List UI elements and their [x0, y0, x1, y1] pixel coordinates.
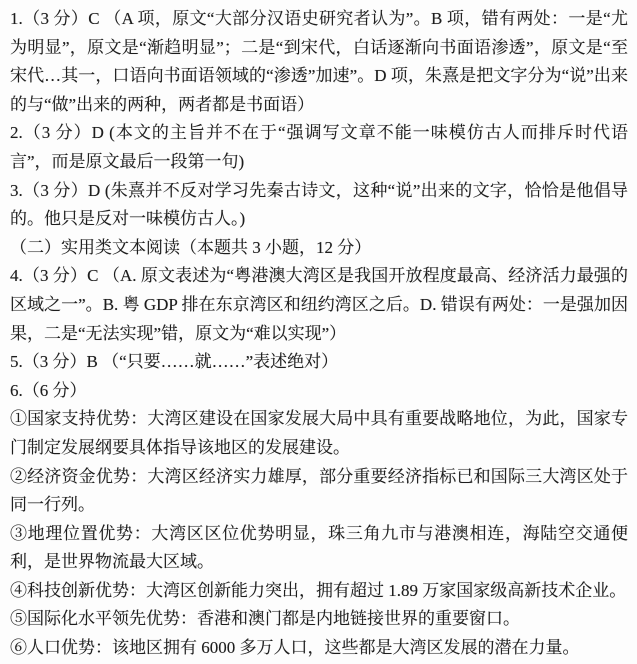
answer-q6-point-3: ③地理位置优势：大湾区区位优势明显，珠三角九市与港澳相连，海陆空交通便利，是世界…: [10, 520, 628, 577]
document-page: 1.（3 分）C （A 项，原文“大部分汉语史研究者认为”。B 项，错有两处：一…: [0, 0, 637, 664]
answer-q3: 3.（3 分）D (朱熹并不反对学习先秦古诗文，这种“说”出来的文字，恰恰是他倡…: [10, 177, 628, 234]
answer-q4: 4.（3 分）C （A. 原文表述为“粤港澳大湾区是我国开放程度最高、经济活力最…: [10, 262, 628, 348]
answer-q6-point-1: ①国家支持优势：大湾区建设在国家发展大局中具有重要战略地位，为此，国家专门制定发…: [10, 405, 628, 462]
answer-q6-point-6: ⑥人口优势：该地区拥有 6000 多万人口，这些都是大湾区发展的潜在力量。: [10, 634, 628, 663]
answer-q6-label: 6.（6 分）: [10, 377, 628, 406]
answer-q2: 2.（3 分）D (本文的主旨并不在于“强调写文章不能一味模仿古人而排斥时代语言…: [10, 119, 628, 176]
answer-q6-point-4: ④科技创新优势：大湾区创新能力突出，拥有超过 1.89 万家国家级高新技术企业。: [10, 577, 628, 606]
answer-q1: 1.（3 分）C （A 项，原文“大部分汉语史研究者认为”。B 项，错有两处：一…: [10, 5, 628, 119]
answer-q5: 5.（3 分）B （“只要……就……”表述绝对）: [10, 348, 628, 377]
answer-q6-point-5: ⑤国际化水平领先优势：香港和澳门都是内地链接世界的重要窗口。: [10, 605, 628, 634]
section-heading-practical-text: （二）实用类文本阅读（本题共 3 小题，12 分）: [10, 234, 628, 263]
answer-q6-point-2: ②经济资金优势：大湾区经济实力雄厚，部分重要经济指标已和国际三大湾区处于同一行列…: [10, 463, 628, 520]
